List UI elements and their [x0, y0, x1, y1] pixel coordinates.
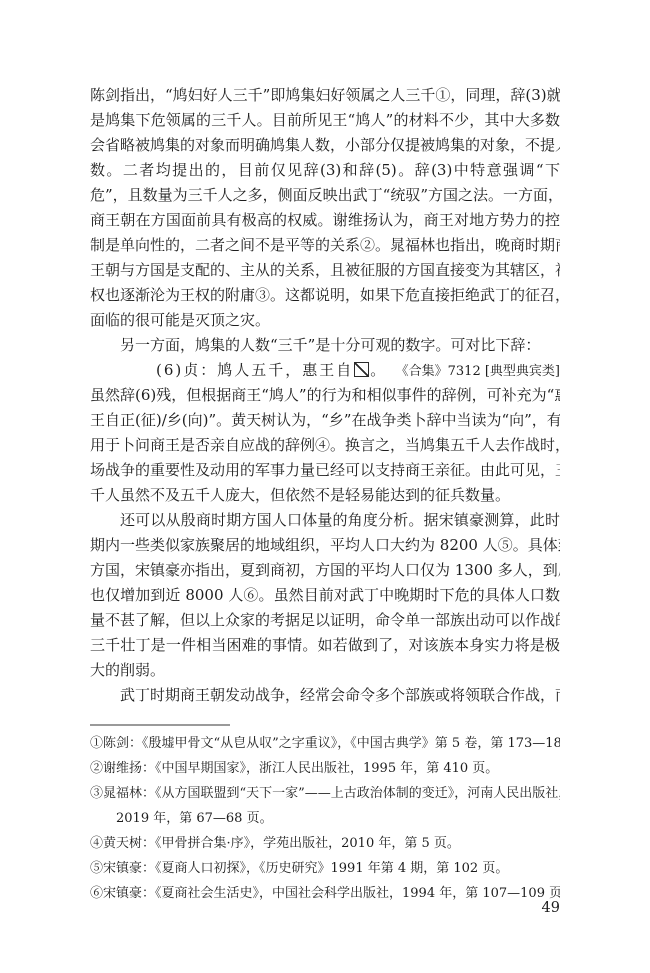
footnote-text: ②谢维扬：《中国早期国家》，浙江人民出版社，1995 年，第 410 页。	[90, 756, 560, 781]
text-line: 王自正(征)/乡(向)”。黄天树认为，“乡”在战争类卜辞中当读为“向”，有	[90, 408, 560, 433]
text-line: 商王朝在方国面前具有极高的权威。谢维扬认为，商王对地方势力的控	[90, 208, 560, 233]
oracle-quote-text: (6)贞：鸠人五千，惠王自。	[90, 358, 387, 383]
text-line: 陈剑指出，“鸠妇好人三千”即鸠集妇好领属之人三千①，同理，辞(3)就	[90, 83, 560, 108]
footnote-text: ③晁福林：《从方国联盟到“天下一家”——上古政治体制的变迁》，河南人民出版社，	[90, 781, 560, 806]
text-line: 会省略被鸠集的对象而明确鸠集人数，小部分仅提被鸠集的对象，不提人	[90, 133, 560, 158]
footnote-2: ②谢维扬：《中国早期国家》，浙江人民出版社，1995 年，第 410 页。	[90, 756, 560, 781]
text-line: 量不甚了解，但以上众家的考据足以证明，命令单一部族出动可以作战的	[90, 608, 560, 633]
text-line: 武丁时期商王朝发动战争，经常会命令多个部族或将领联合作战，而	[90, 683, 560, 708]
text-line: 也仅增加到近 8000 人⑥。虽然目前对武丁中晚期时下危的具体人口数	[90, 583, 560, 608]
footnote-5: ⑤宋镇豪：《夏商人口初探》，《历史研究》1991 年第 4 期，第 102 页。	[90, 856, 560, 881]
text-line: 制是单向性的，二者之间不是平等的关系②。晁福林也指出，晚商时期商	[90, 233, 560, 258]
footnote-1: ①陈剑：《殷墟甲骨文“从皀从収”之字重议》，《中国古典学》第 5 卷，第 173…	[90, 731, 560, 756]
text-line: 方国，宋镇豪亦指出，夏到商初，方国的平均人口仅为 1300 多人，到周初，	[90, 558, 560, 583]
footnote-text-continuation: 2019 年，第 67—68 页。	[90, 806, 560, 831]
footnotes-block: ①陈剑：《殷墟甲骨文“从皀从収”之字重议》，《中国古典学》第 5 卷，第 173…	[90, 731, 560, 906]
text-line: 危”，且数量为三千人之多，侧面反映出武丁“统驭”方国之法。一方面，	[90, 183, 560, 208]
oracle-quote-before-box: (6)贞：鸠人五千，惠王自	[156, 361, 353, 379]
text-line: 虽然辞(6)残，但根据商王“鸠人”的行为和相似事件的辞例，可补充为“惠	[90, 383, 560, 408]
footnote-separator-rule	[90, 724, 230, 726]
footnote-text: ①陈剑：《殷墟甲骨文“从皀从収”之字重议》，《中国古典学》第 5 卷，第 173…	[90, 731, 560, 756]
text-line: 面临的很可能是灭顶之灾。	[90, 308, 560, 333]
text-line: 大的削弱。	[90, 658, 560, 683]
footnote-4: ④黄天树：《甲骨拼合集·序》，学苑出版社，2010 年，第 5 页。	[90, 831, 560, 856]
text-line: 期内一些类似家族聚居的地域组织，平均人口大约为 8200 人⑤。具体到	[90, 533, 560, 558]
text-line: 权也逐渐沦为王权的附庸③。这都说明，如果下危直接拒绝武丁的征召，	[90, 283, 560, 308]
text-line: 场战争的重要性及动用的军事力量已经可以支持商王亲征。由此可见，三	[90, 458, 560, 483]
damaged-character-box-icon	[354, 362, 369, 377]
footnote-3: ③晁福林：《从方国联盟到“天下一家”——上古政治体制的变迁》，河南人民出版社， …	[90, 781, 560, 831]
footnote-text: ⑤宋镇豪：《夏商人口初探》，《历史研究》1991 年第 4 期，第 102 页。	[90, 856, 560, 881]
text-line: 三千壮丁是一件相当困难的事情。如若做到了，对该族本身实力将是极	[90, 633, 560, 658]
text-line: 用于卜问商王是否亲自应战的辞例④。换言之，当鸠集五千人去作战时，这	[90, 433, 560, 458]
text-line: 是鸠集下危领属的三千人。目前所见王“鸠人”的材料不少，其中大多数	[90, 108, 560, 133]
oracle-quote-after-box: 。	[370, 361, 387, 379]
footnote-text: ④黄天树：《甲骨拼合集·序》，学苑出版社，2010 年，第 5 页。	[90, 831, 560, 856]
quote-source-citation: 《合集》7312 [典型典宾类]	[396, 359, 560, 383]
page-number: 49	[90, 896, 560, 921]
text-line: 数。二者均提出的，目前仅见辞(3)和辞(5)。辞(3)中特意强调“下	[90, 158, 560, 183]
text-line: 另一方面，鸠集的人数“三千”是十分可观的数字。可对比下辞：	[90, 333, 560, 358]
text-line: 王朝与方国是支配的、主从的关系，且被征服的方国直接变为其辖区，神	[90, 258, 560, 283]
oracle-quote-line: (6)贞：鸠人五千，惠王自。 《合集》7312 [典型典宾类]	[90, 358, 560, 383]
text-line: 千人虽然不及五千人庞大，但依然不是轻易能达到的征兵数量。	[90, 483, 560, 508]
text-line: 还可以从殷商时期方国人口体量的角度分析。据宋镇豪测算，此时	[90, 508, 560, 533]
book-page: 陈剑指出，“鸠妇好人三千”即鸠集妇好领属之人三千①，同理，辞(3)就 是鸠集下危…	[0, 0, 650, 973]
main-text-block: 陈剑指出，“鸠妇好人三千”即鸠集妇好领属之人三千①，同理，辞(3)就 是鸠集下危…	[90, 83, 560, 708]
